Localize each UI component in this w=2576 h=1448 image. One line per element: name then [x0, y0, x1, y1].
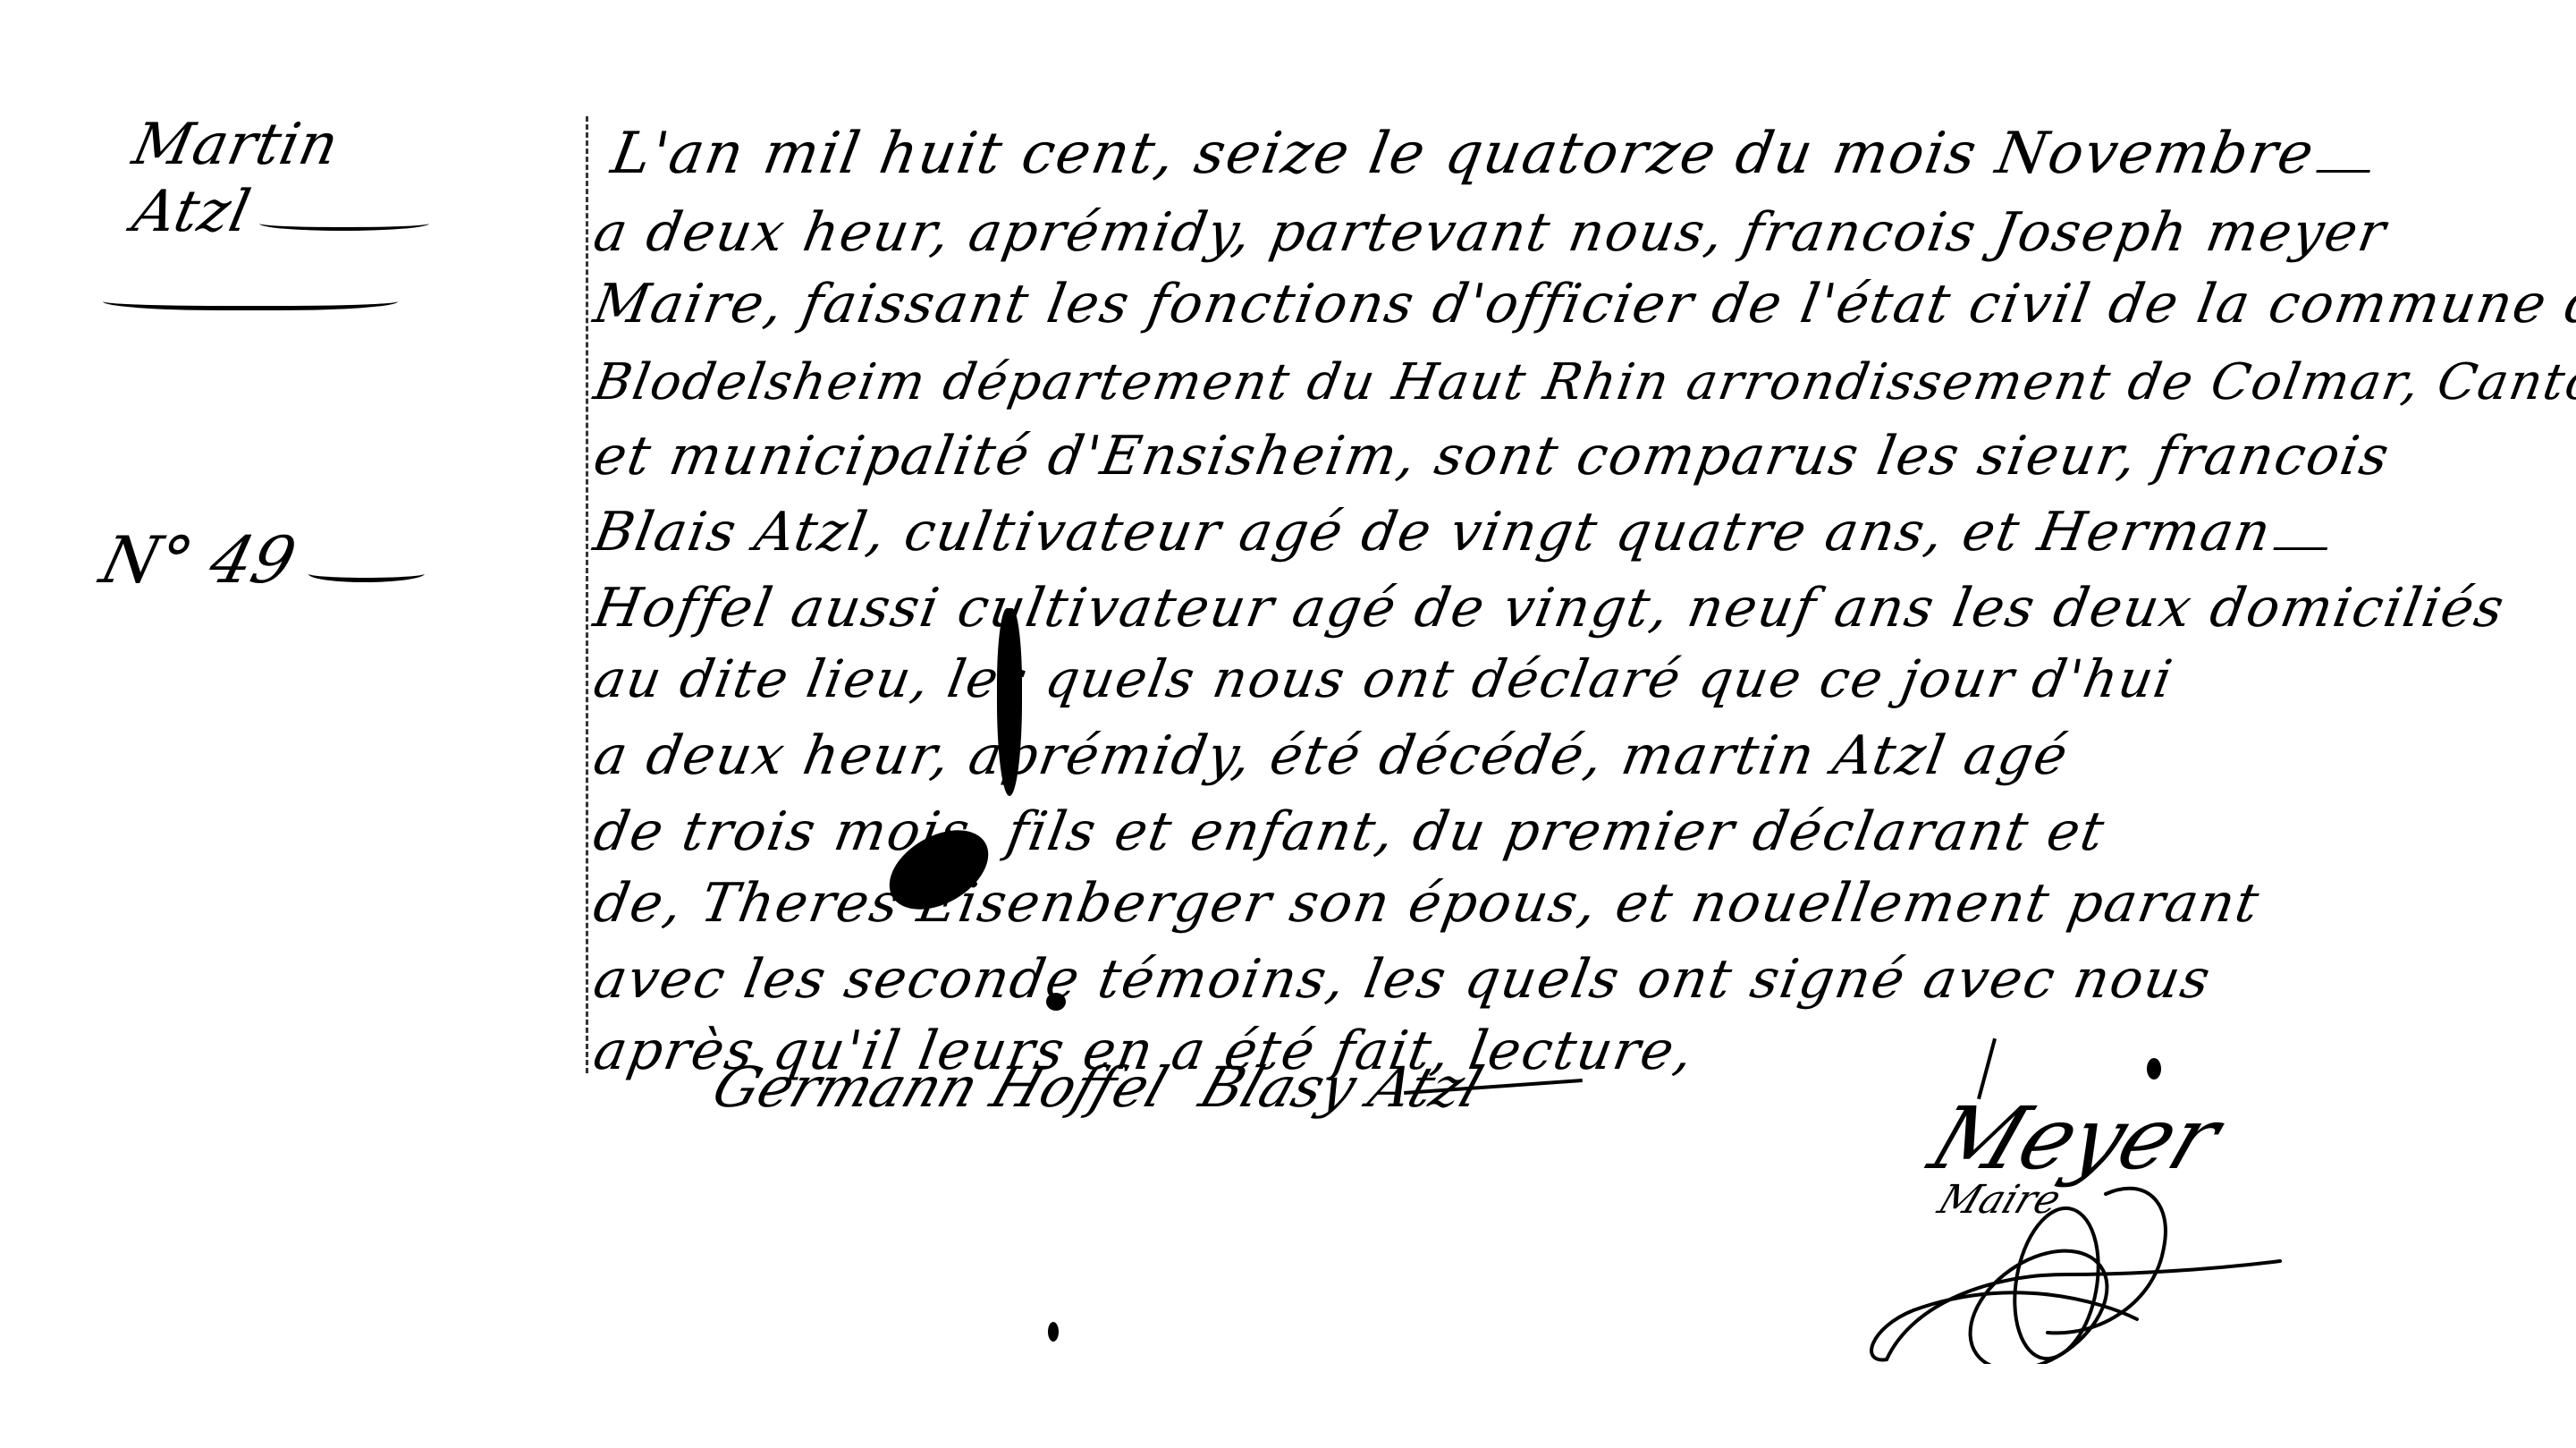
record-line: et municipalité d'Ensisheim, sont compar…: [590, 429, 2460, 483]
record-line: de trois mois, fils et enfant, du premie…: [590, 805, 2460, 859]
entry-number: N° 49: [95, 528, 435, 592]
line-text: et municipalité d'Ensisheim, sont compar…: [589, 425, 2395, 487]
line-text: de, Theres Eisenberger son épous, et nou…: [589, 872, 2265, 935]
line-text: de trois mois, fils et enfant, du premie…: [589, 800, 2110, 863]
ink-blot: [997, 608, 1022, 796]
mayor-signature: Meyer Maire: [1833, 1096, 2459, 1364]
record-line: avec les seconde témoins, les quels ont …: [590, 953, 2460, 1006]
line-filler: [2316, 170, 2370, 173]
margin-last-name: Atzl: [128, 183, 438, 241]
line-text: a deux heur, aprémidy, partevant nous, f…: [589, 201, 2392, 264]
record-line: de, Theres Eisenberger son épous, et nou…: [590, 876, 2460, 930]
record-line: au dite lieu, les quels nous ont déclaré…: [590, 653, 2459, 705]
line-text: Maire, faissant les fonctions d'officier…: [589, 273, 2576, 335]
margin-annotation: Martin Atzl N° 49: [0, 0, 572, 1448]
margin-first-name: Martin: [128, 116, 343, 174]
record-line: Hoffel aussi cultivateur agé de vingt, n…: [590, 581, 2460, 635]
mayor-title: Maire: [1933, 1181, 2065, 1220]
witness-signature: Germann Hoffel: [706, 1060, 1174, 1115]
line-text: au dite lieu, les quels nous ont déclaré…: [589, 648, 2178, 709]
margin-flourish: [103, 288, 398, 310]
ink-blot: [1048, 1322, 1059, 1342]
record-line: Blais Atzl, cultivateur agé de vingt qua…: [590, 505, 2460, 559]
line-filler: [2273, 547, 2327, 550]
record-line: a deux heur, aprémidy, partevant nous, f…: [590, 206, 2460, 259]
record-line: a deux heur, aprémidy, été décédé, marti…: [590, 729, 2460, 783]
line-text: Blais Atzl, cultivateur agé de vingt qua…: [589, 501, 2276, 563]
margin-divider: [586, 116, 588, 1073]
line-text: a deux heur, aprémidy, été décédé, marti…: [589, 724, 2073, 787]
document-page: Martin Atzl N° 49 L'an mil huit cent, se…: [0, 0, 2576, 1448]
record-line: Maire, faissant les fonctions d'officier…: [590, 277, 2460, 331]
line-text: Hoffel aussi cultivateur agé de vingt, n…: [589, 577, 2510, 639]
ink-blot: [1046, 993, 1066, 1011]
line-text: avec les seconde témoins, les quels ont …: [589, 948, 2217, 1011]
line-text: L'an mil huit cent, seize le quatorze du…: [606, 121, 2319, 187]
mayor-name: Meyer: [1921, 1096, 2231, 1181]
record-line: L'an mil huit cent, seize le quatorze du…: [607, 125, 2477, 182]
record-line: Blodelsheim département du Haut Rhin arr…: [590, 358, 2459, 408]
ink-blot: [2147, 1058, 2161, 1080]
line-text: Blodelsheim département du Haut Rhin arr…: [589, 353, 2576, 411]
